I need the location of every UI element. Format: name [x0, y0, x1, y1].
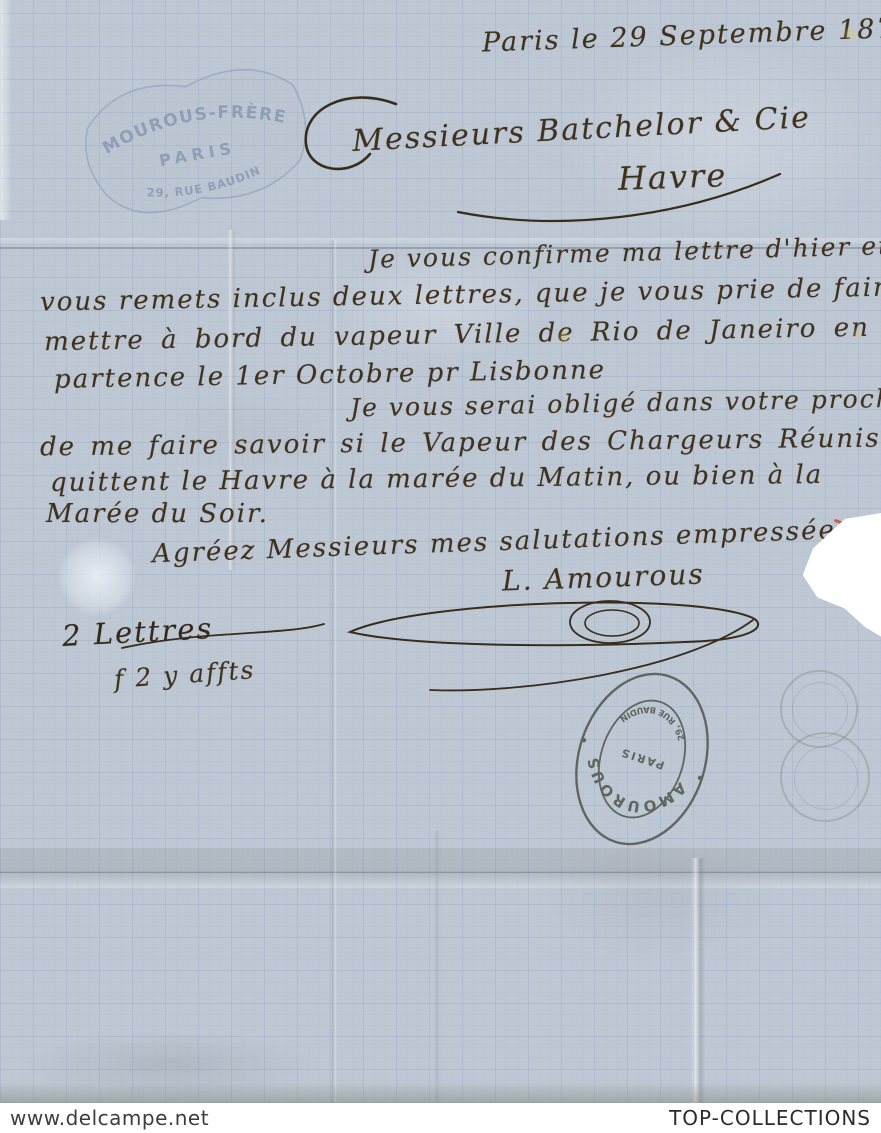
fold-crease-horizontal: [0, 872, 881, 873]
svg-text:29, RUE BAUDIN: 29, RUE BAUDIN: [615, 694, 694, 744]
paper-stain: [842, 26, 860, 42]
oval-stamp-address: 29, RUE BAUDIN: [615, 694, 694, 744]
havre-underline-flourish: [450, 160, 790, 230]
oval-stamp-city: PARIS: [618, 745, 666, 772]
paper-stain: [556, 330, 572, 344]
fold-crease-vertical: [691, 858, 705, 1103]
body-line-4: partence le 1er Octobre pr Lisbonne: [54, 355, 607, 395]
paper-shading: [0, 0, 12, 220]
watermark-bar: www.delcampe.net TOP-COLLECTIONS: [0, 1103, 881, 1133]
postmark-inner-ring: [792, 682, 847, 737]
body-line-8: Marée du Soir.: [46, 499, 269, 529]
body-line-7: quittent le Havre à la marée du Matin, o…: [50, 460, 824, 498]
body-line-3: mettre à bord du vapeur Ville de Rio de …: [44, 313, 870, 357]
brand-label: TOP-COLLECTIONS: [669, 1106, 871, 1130]
body-line-6: de me faire savoir si le Vapeur des Char…: [40, 424, 881, 463]
faint-postmark-circle: [780, 732, 870, 822]
delcampe-url: www.delcampe.net: [10, 1106, 209, 1130]
letter-paper: AMOUROUS-FRÈRES PARIS 29, RUE BAUDIN Par…: [0, 0, 881, 1103]
scanned-letter-image: AMOUROUS-FRÈRES PARIS 29, RUE BAUDIN Par…: [0, 0, 881, 1133]
body-line-5: Je vous serai obligé dans votre prochain…: [350, 383, 881, 423]
fold-crease-vertical: [434, 830, 440, 1103]
dateline: Paris le 29 Septembre 1874: [482, 12, 881, 58]
note-underline-flourish: [52, 602, 332, 662]
fold-crease-horizontal: [0, 848, 881, 888]
recipient-line: Messieurs Batchelor & Cie: [351, 100, 811, 159]
paper-bottom-edge-shadow: [0, 1082, 881, 1103]
paper-stain: [850, 328, 864, 340]
postmark-inner-ring: [794, 746, 858, 810]
body-line-2: vous remets inclus deux lettres, que je …: [40, 272, 881, 317]
